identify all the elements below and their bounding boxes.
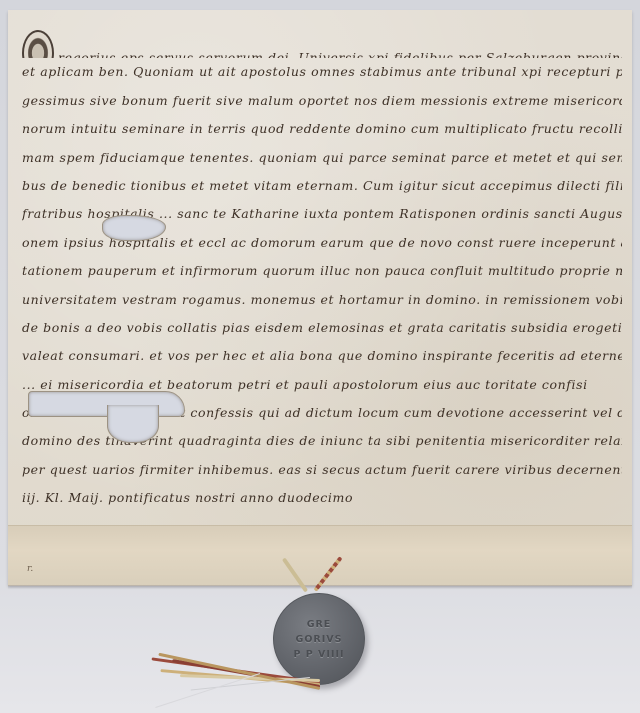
text-line-11: de bonis a deo vobis collatis pias eisde… — [22, 314, 622, 342]
text-line-16: per quest uarios firmiter inhibemus. eas… — [22, 456, 622, 484]
parchment-hole — [102, 215, 166, 241]
silk-cord-tassel — [145, 673, 320, 713]
lead-seal-bulla: GRE GORIVS P P VIIII — [273, 593, 365, 685]
seal-inscription: GORIVS — [296, 632, 343, 647]
parchment-hole — [107, 405, 159, 443]
marginal-note: r. — [27, 564, 33, 574]
line-text: regorius eps servus servorum dei. Univer… — [58, 50, 622, 58]
parchment-fold-plica — [8, 525, 632, 586]
text-line-9: tationem pauperum et infirmorum quorum i… — [22, 257, 622, 285]
seal-inscription: P P VIIII — [293, 647, 344, 662]
illuminated-initial — [22, 30, 54, 58]
text-line-5: mam spem fiduciamque tenentes. quoniam q… — [22, 144, 622, 172]
text-line-10: universitatem vestram rogamus. monemus e… — [22, 286, 622, 314]
text-line-1: regorius eps servus servorum dei. Univer… — [22, 30, 622, 58]
text-line-6: bus de benedic tionibus et metet vitam e… — [22, 172, 622, 200]
seal-inscription: GRE — [307, 617, 332, 632]
charter-text: regorius eps servus servorum dei. Univer… — [22, 30, 622, 513]
text-line-2: et aplicam ben. Quoniam ut ait apostolus… — [22, 58, 622, 86]
text-line-3: gessimus sive bonum fuerit sive malum op… — [22, 87, 622, 115]
text-line-17-dating: iij. Kl. Maij. pontificatus nostri anno … — [22, 484, 622, 512]
text-line-12: valeat consumari. et vos per hec et alia… — [22, 342, 622, 370]
text-line-4: norum intuitu seminare in terris quod re… — [22, 115, 622, 143]
